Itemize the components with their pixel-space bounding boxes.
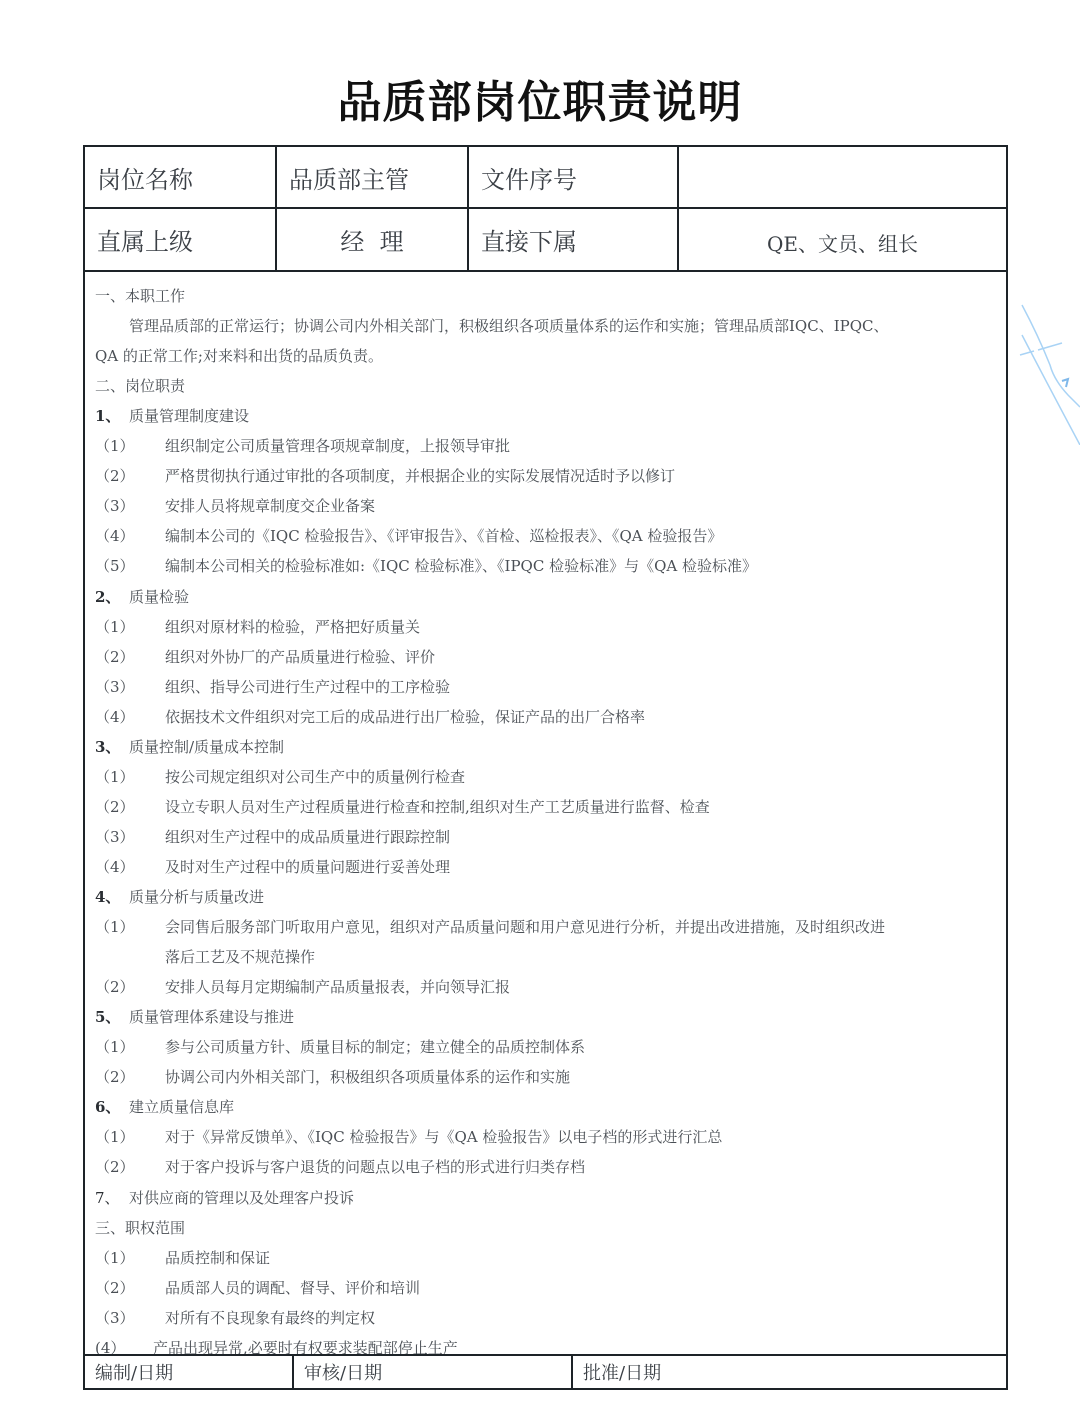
subsection-number: 1、 [95, 406, 129, 426]
value-direct-superior: 经 理 [277, 209, 469, 270]
item-number: （4） [95, 707, 165, 727]
item-number: （3） [95, 827, 165, 847]
item-number: （4） [95, 526, 165, 546]
duty-item: （2）品质部人员的调配、督导、评价和培训 [95, 1278, 420, 1298]
item-text: 协调公司内外相关部门，积极组织各项质量体系的运作和实施 [165, 1068, 570, 1086]
label-direct-subordinates: 直接下属 [469, 209, 679, 270]
item-number: （4） [95, 857, 165, 877]
label-direct-superior: 直属上级 [85, 209, 277, 270]
duty-item: （2）组织对外协厂的产品质量进行检验、评价 [95, 647, 435, 667]
duty-item: （3）组织对生产过程中的成品质量进行跟踪控制 [95, 827, 450, 847]
subsection-title: 质量分析与质量改进 [129, 888, 264, 906]
signature-row: 编制/日期 审核/日期 批准/日期 [85, 1354, 1006, 1388]
duty-item: （5）编制本公司相关的检验标准如:《IQC 检验标准》、《IPQC 检验标准》与… [95, 556, 757, 576]
section-heading: 二、岗位职责 [95, 376, 185, 396]
subsection-number: 4、 [95, 887, 129, 907]
item-text: 编制本公司相关的检验标准如:《IQC 检验标准》、《IPQC 检验标准》与《QA… [165, 557, 757, 575]
item-number: （2） [95, 797, 165, 817]
duty-item: （4）编制本公司的《IQC 检验报告》、《评审报告》、《首检、巡检报表》、《QA… [95, 526, 722, 546]
item-text: 品质部人员的调配、督导、评价和培训 [165, 1279, 420, 1297]
item-text: 安排人员每月定期编制产品质量报表，并向领导汇报 [165, 978, 510, 996]
item-number: （3） [95, 1308, 165, 1328]
subsection-number: 5、 [95, 1007, 129, 1027]
duty-item: （1）按公司规定组织对公司生产中的质量例行检查 [95, 767, 465, 787]
subsection-title: 质量管理制度建设 [129, 407, 249, 425]
duty-item: （2）安排人员每月定期编制产品质量报表，并向领导汇报 [95, 977, 510, 997]
item-text: 设立专职人员对生产过程质量进行检查和控制,组织对生产工艺质量进行监督、检查 [165, 798, 710, 816]
subsection-number: 7、 [95, 1188, 129, 1208]
item-number: （5） [95, 556, 165, 576]
subsection-number: 3、 [95, 737, 129, 757]
duty-item: （1）对于《异常反馈单》、《IQC 检验报告》与《QA 检验报告》以电子档的形式… [95, 1127, 722, 1147]
pen-mark-icon [1018, 295, 1080, 445]
value-document-number [679, 147, 1006, 207]
item-number: （2） [95, 1278, 165, 1298]
item-text: 及时对生产过程中的质量问题进行妥善处理 [165, 858, 450, 876]
item-text: 参与公司质量方针、质量目标的制定；建立健全的品质控制体系 [165, 1038, 585, 1056]
duty-item: （1）参与公司质量方针、质量目标的制定；建立健全的品质控制体系 [95, 1037, 585, 1057]
subsection-heading: 5、质量管理体系建设与推进 [95, 1007, 294, 1027]
duty-item: （3）安排人员将规章制度交企业备案 [95, 496, 375, 516]
item-text: 对所有不良现象有最终的判定权 [165, 1309, 375, 1327]
header-row-2: 直属上级 经 理 直接下属 QE、文员、组长 [85, 209, 1006, 272]
duty-item: （4）及时对生产过程中的质量问题进行妥善处理 [95, 857, 450, 877]
item-text: 组织制定公司质量管理各项规章制度，上报领导审批 [165, 437, 510, 455]
item-text: 按公司规定组织对公司生产中的质量例行检查 [165, 768, 465, 786]
item-text: 依据技术文件组织对完工后的成品进行出厂检验，保证产品的出厂合格率 [165, 708, 645, 726]
subsection-title: 质量控制/质量成本控制 [129, 738, 284, 756]
subsection-heading: 7、对供应商的管理以及处理客户投诉 [95, 1188, 354, 1208]
duty-item: （3）组织、指导公司进行生产过程中的工序检验 [95, 677, 450, 697]
subsection-title: 质量管理体系建设与推进 [129, 1008, 294, 1026]
item-number: （2） [95, 1067, 165, 1087]
item-number: （2） [95, 977, 165, 997]
item-number: （1） [95, 767, 165, 787]
value-direct-subordinates: QE、文员、组长 [679, 209, 1006, 270]
item-text: 编制本公司的《IQC 检验报告》、《评审报告》、《首检、巡检报表》、《QA 检验… [165, 527, 722, 545]
duty-item: （1）会同售后服务部门听取用户意见，组织对产品质量问题和用户意见进行分析，并提出… [95, 917, 885, 937]
duty-item: （4）依据技术文件组织对完工后的成品进行出厂检验，保证产品的出厂合格率 [95, 707, 645, 727]
item-number: （1） [95, 436, 165, 456]
duty-item: 落后工艺及不规范操作 [95, 947, 315, 967]
item-text: 组织、指导公司进行生产过程中的工序检验 [165, 678, 450, 696]
duty-item: （2）设立专职人员对生产过程质量进行检查和控制,组织对生产工艺质量进行监督、检查 [95, 797, 710, 817]
subsection-title: 建立质量信息库 [129, 1098, 234, 1116]
item-number: （2） [95, 647, 165, 667]
item-number: （1） [95, 917, 165, 937]
section-heading: 一、本职工作 [95, 286, 185, 306]
subsection-heading: 6、建立质量信息库 [95, 1097, 234, 1117]
duties-body: 一、本职工作管理品质部的正常运行；协调公司内外相关部门，积极组织各项质量体系的运… [85, 272, 1006, 1356]
subsection-heading: 4、质量分析与质量改进 [95, 887, 264, 907]
header-row-1: 岗位名称 品质部主管 文件序号 [85, 147, 1006, 209]
item-number: （1） [95, 617, 165, 637]
subsection-number: 2、 [95, 587, 129, 607]
item-number: （1） [95, 1037, 165, 1057]
item-text: 组织对外协厂的产品质量进行检验、评价 [165, 648, 435, 666]
subsection-heading: 3、质量控制/质量成本控制 [95, 737, 284, 757]
item-number: （1） [95, 1248, 165, 1268]
section-heading: 三、职权范围 [95, 1218, 185, 1238]
subsection-title: 对供应商的管理以及处理客户投诉 [129, 1189, 354, 1207]
item-number: （2） [95, 466, 165, 486]
subsection-heading: 2、质量检验 [95, 587, 189, 607]
item-number: （1） [95, 1127, 165, 1147]
approved-by-date: 批准/日期 [573, 1356, 1006, 1388]
item-text: 对于客户投诉与客户退货的问题点以电子档的形式进行归类存档 [165, 1158, 585, 1176]
item-number: （3） [95, 496, 165, 516]
job-description-table: 岗位名称 品质部主管 文件序号 直属上级 经 理 直接下属 QE、文员、组长 一… [83, 145, 1008, 1390]
duty-item: （1）品质控制和保证 [95, 1248, 270, 1268]
duty-item: （1）组织对原材料的检验，严格把好质量关 [95, 617, 420, 637]
duty-item: （1）组织制定公司质量管理各项规章制度，上报领导审批 [95, 436, 510, 456]
label-document-number: 文件序号 [469, 147, 679, 207]
item-text: 品质控制和保证 [165, 1249, 270, 1267]
item-text: 安排人员将规章制度交企业备案 [165, 497, 375, 515]
duty-item: （2）严格贯彻执行通过审批的各项制度，并根据企业的实际发展情况适时予以修订 [95, 466, 675, 486]
subsection-title: 质量检验 [129, 588, 189, 606]
document-title: 品质部岗位职责说明 [0, 66, 1080, 130]
item-text: 严格贯彻执行通过审批的各项制度，并根据企业的实际发展情况适时予以修订 [165, 467, 675, 485]
paragraph-line: 管理品质部的正常运行；协调公司内外相关部门，积极组织各项质量体系的运作和实施；管… [95, 316, 889, 336]
duty-item: （2）对于客户投诉与客户退货的问题点以电子档的形式进行归类存档 [95, 1157, 585, 1177]
value-position-name: 品质部主管 [277, 147, 469, 207]
prepared-by-date: 编制/日期 [85, 1356, 294, 1388]
duty-item: （3）对所有不良现象有最终的判定权 [95, 1308, 375, 1328]
subsection-heading: 1、质量管理制度建设 [95, 406, 249, 426]
item-text: 落后工艺及不规范操作 [165, 948, 315, 966]
reviewed-by-date: 审核/日期 [294, 1356, 573, 1388]
item-number: （3） [95, 677, 165, 697]
subsection-number: 6、 [95, 1097, 129, 1117]
item-number: （2） [95, 1157, 165, 1177]
duty-item: （2）协调公司内外相关部门，积极组织各项质量体系的运作和实施 [95, 1067, 570, 1087]
item-text: 会同售后服务部门听取用户意见，组织对产品质量问题和用户意见进行分析，并提出改进措… [165, 918, 885, 936]
item-text: 组织对生产过程中的成品质量进行跟踪控制 [165, 828, 450, 846]
item-text: 组织对原材料的检验，严格把好质量关 [165, 618, 420, 636]
label-position-name: 岗位名称 [85, 147, 277, 207]
item-text: 对于《异常反馈单》、《IQC 检验报告》与《QA 检验报告》以电子档的形式进行汇… [165, 1128, 722, 1146]
paragraph-line: QA 的正常工作;对来料和出货的品质负责。 [95, 346, 383, 366]
